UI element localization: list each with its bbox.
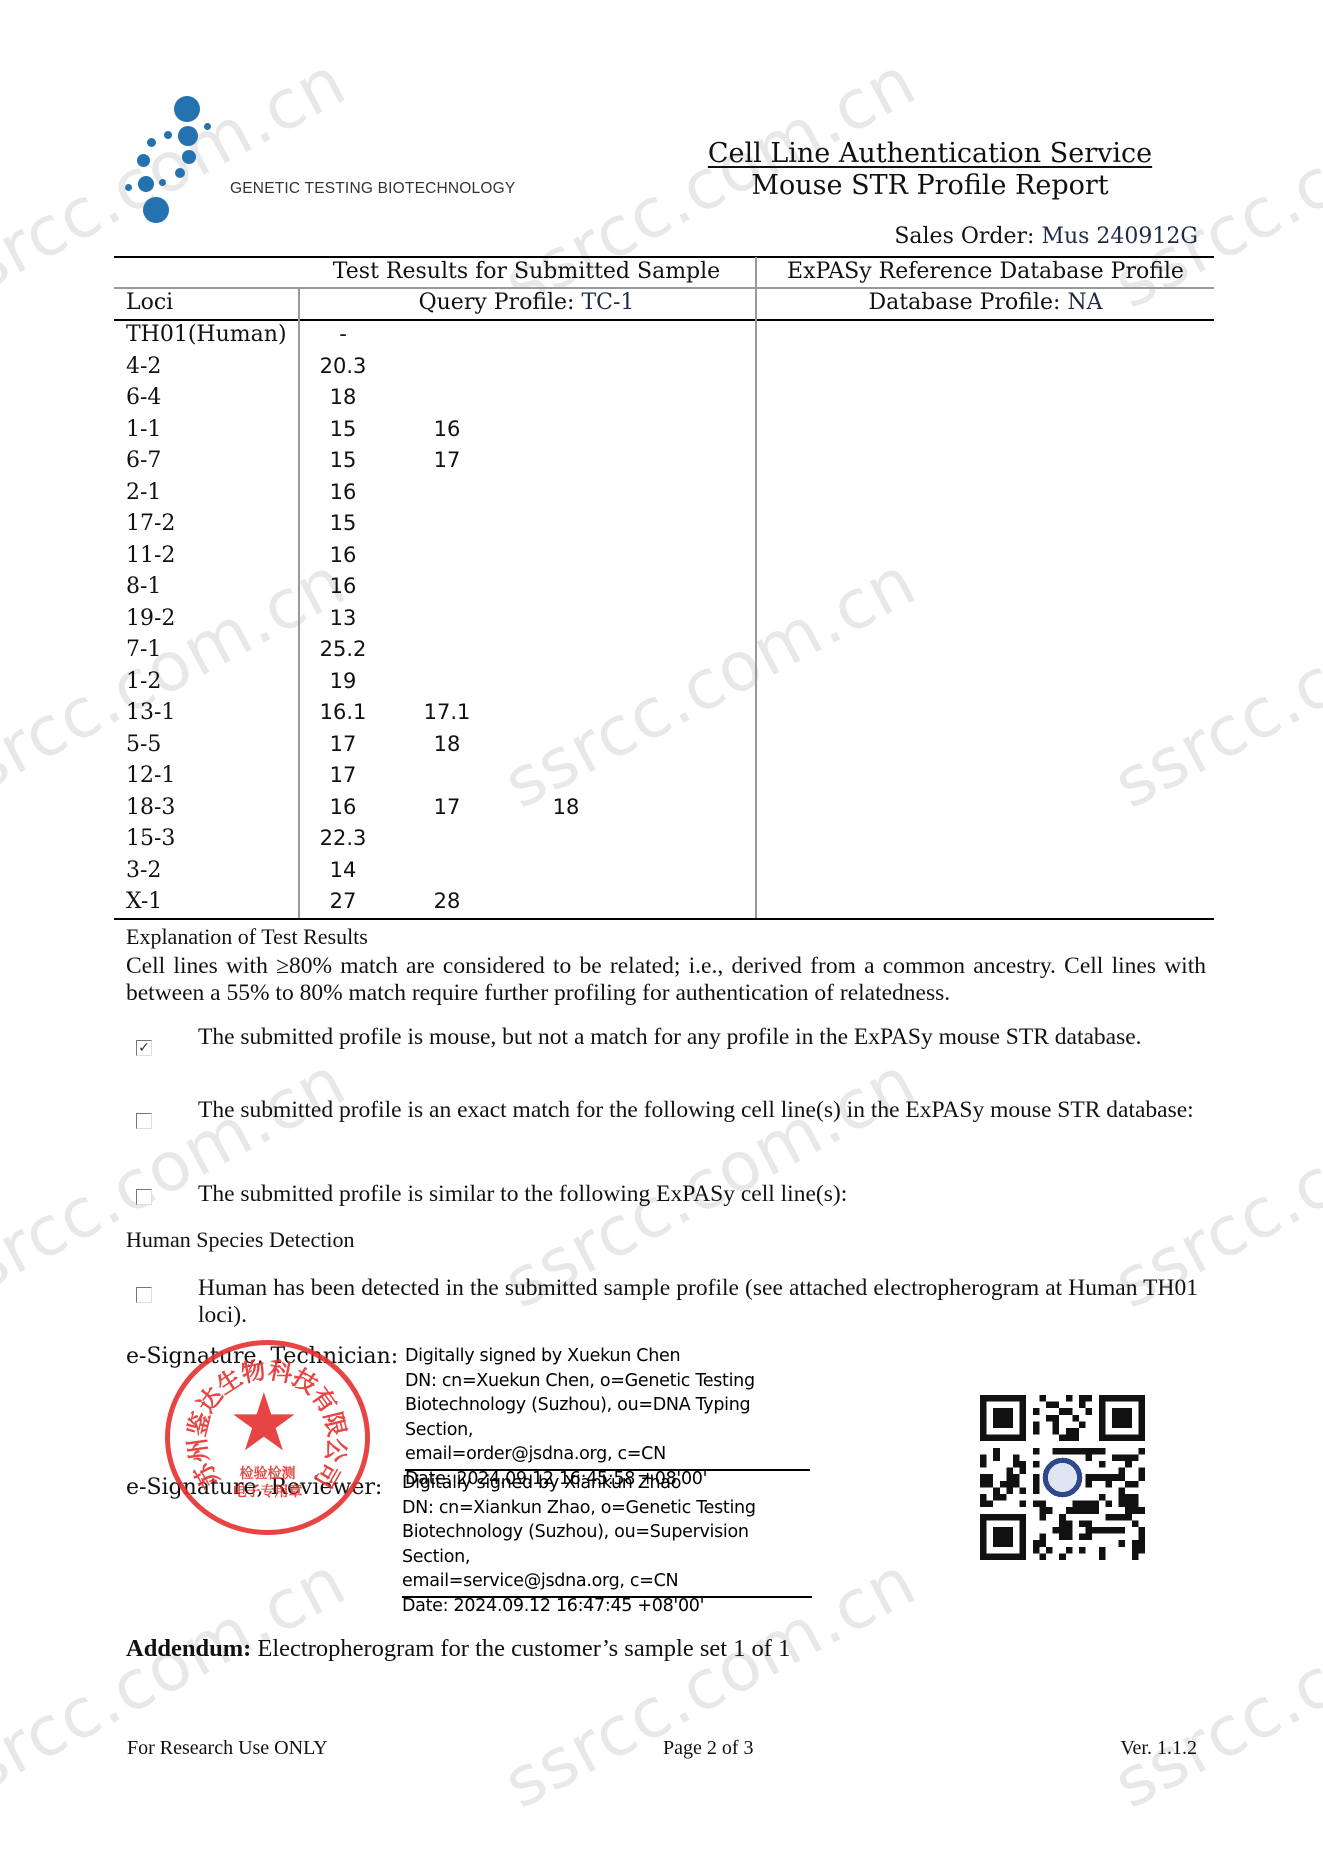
group-header-submitted: Test Results for Submitted Sample [298,259,755,284]
allele-value: 17 [407,795,487,819]
footer-page-number: Page 2 of 3 [663,1737,754,1760]
locus-name: 2-1 [126,480,161,505]
allele-value: 16 [303,795,383,819]
locus-name: 13-1 [126,700,175,725]
checkbox-unchecked[interactable] [136,1113,152,1129]
database-profile-header: Database Profile: NA [757,290,1214,315]
locus-name: 6-4 [126,385,161,410]
allele-value: 20.3 [303,354,383,378]
explanation-text: Cell lines with ≥80% match are considere… [126,953,1206,1007]
allele-value: - [303,322,383,346]
qr-code [980,1395,1145,1560]
signature-line: Digitally signed by Xuekun Chen [405,1344,815,1369]
sales-order-value: Mus 240912G [1041,224,1198,249]
query-profile-label: Query Profile: [419,290,575,315]
locus-name: 19-2 [126,606,175,631]
allele-value: 13 [303,606,383,630]
sales-order-label: Sales Order: [894,224,1034,249]
signature-line: DN: cn=Xuekun Chen, o=Genetic Testing [405,1369,815,1394]
allele-value: 16 [303,543,383,567]
watermark: ssrcc.com.cn [491,542,928,824]
table-mid-rule [114,287,1214,289]
group-header-reference: ExPASy Reference Database Profile [757,259,1214,284]
footer-left: For Research Use ONLY [127,1737,328,1760]
human-detection-heading: Human Species Detection [126,1227,355,1253]
option-text: The submitted profile is mouse, but not … [198,1024,1198,1051]
locus-name: 6-7 [126,448,161,473]
locus-name: 12-1 [126,763,175,788]
logo-text: GENETIC TESTING BIOTECHNOLOGY [230,180,515,198]
allele-value: 18 [526,795,606,819]
allele-value: 16 [303,480,383,504]
locus-name: X-1 [126,889,162,914]
allele-value: 17 [303,732,383,756]
locus-name: 15-3 [126,826,175,851]
company-logo [118,88,228,228]
sales-order: Sales Order: Mus 240912G [894,224,1198,249]
locus-name: TH01(Human) [126,322,287,347]
option-text: The submitted profile is similar to the … [198,1181,1198,1208]
allele-value: 18 [407,732,487,756]
table-top-rule [114,256,1214,258]
table-header-rule [114,319,1214,321]
locus-name: 18-3 [126,795,175,820]
allele-value: 27 [303,889,383,913]
allele-value: 17 [407,448,487,472]
addendum: Addendum: Electropherogram for the custo… [126,1635,790,1663]
allele-value: 17 [303,763,383,787]
database-profile-label: Database Profile: [868,290,1060,315]
loci-header: Loci [126,290,173,315]
company-seal: ★ 检验检测 电子专用章 苏州鉴达生物科技有限公司 [165,1340,370,1535]
report-title: Cell Line Authentication Service [700,138,1160,169]
footer-version: Ver. 1.1.2 [1120,1737,1197,1760]
allele-value: 16 [407,417,487,441]
watermark: ssrcc.com.cn [1101,542,1323,824]
seal-line-2: 电子专用章 [210,1481,325,1501]
option-text: The submitted profile is an exact match … [198,1097,1198,1124]
allele-value: 17.1 [407,700,487,724]
report-subtitle: Mouse STR Profile Report [700,170,1160,201]
signature-line: Biotechnology (Suzhou), ou=DNA Typing Se… [405,1393,815,1442]
explanation-heading: Explanation of Test Results [126,924,368,950]
checkbox-unchecked[interactable] [136,1189,152,1205]
watermark: ssrcc.com.cn [0,1542,359,1824]
signature-line: email=order@jsdna.org, c=CN [405,1442,815,1467]
query-profile-value: TC-1 [581,290,634,315]
star-icon: ★ [228,1383,300,1463]
signature-line: email=service@jsdna.org, c=CN [402,1569,812,1594]
allele-value: 18 [303,385,383,409]
allele-value: 22.3 [303,826,383,850]
allele-value: 15 [303,448,383,472]
allele-value: 16.1 [303,700,383,724]
locus-name: 1-2 [126,669,161,694]
table-bottom-rule [114,918,1214,920]
watermark: ssrcc.com.cn [1101,1542,1323,1824]
locus-name: 7-1 [126,637,161,662]
signature-line: Biotechnology (Suzhou), ou=Supervision S… [402,1520,812,1569]
allele-value: 16 [303,574,383,598]
checkbox-unchecked[interactable] [136,1287,152,1303]
seal-character: 物 [238,1350,268,1389]
option-text: Human has been detected in the submitted… [198,1275,1198,1329]
locus-name: 3-2 [126,858,161,883]
allele-value: 15 [303,511,383,535]
locus-name: 17-2 [126,511,175,536]
allele-value: 15 [303,417,383,441]
database-profile-value: NA [1067,290,1102,315]
allele-value: 28 [407,889,487,913]
loci-divider [298,288,300,918]
query-profile-header: Query Profile: TC-1 [298,290,755,315]
reviewer-signature-rule [402,1596,812,1598]
reference-divider [755,257,757,918]
allele-value: 19 [303,669,383,693]
addendum-label: Addendum: [126,1635,251,1662]
allele-value: 25.2 [303,637,383,661]
checkbox-checked[interactable]: ✓ [136,1040,152,1056]
locus-name: 1-1 [126,417,161,442]
locus-name: 8-1 [126,574,161,599]
signature-line: DN: cn=Xiankun Zhao, o=Genetic Testing [402,1496,812,1521]
allele-value: 14 [303,858,383,882]
signature-line: Digitally signed by Xiankun Zhao [402,1471,812,1496]
locus-name: 5-5 [126,732,161,757]
addendum-text: Electropherogram for the customer’s samp… [257,1635,790,1662]
locus-name: 4-2 [126,354,161,379]
seal-line-1: 检验检测 [210,1463,325,1483]
locus-name: 11-2 [126,543,175,568]
